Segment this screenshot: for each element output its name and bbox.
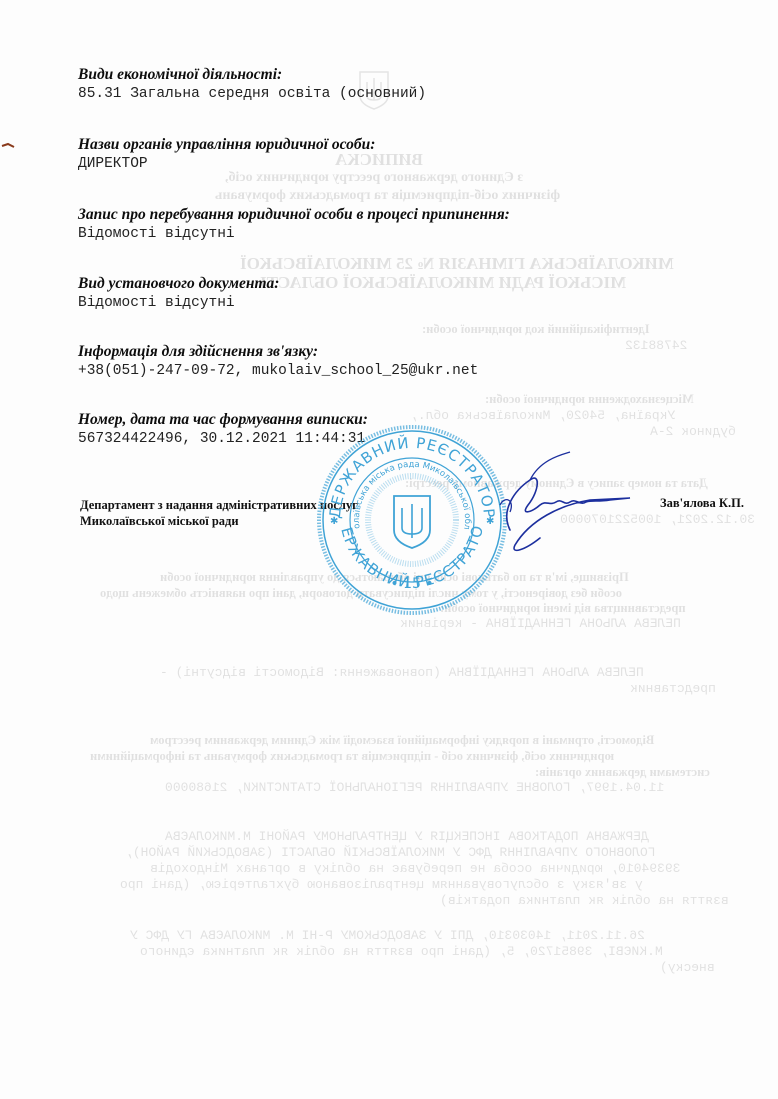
ghost-line: ПЕЛЕВА АЛЬОНА ГЕННАДІЇВНА (повноваження:… (160, 665, 644, 680)
ghost-line: представник (630, 681, 716, 696)
ghost-line: Місцезнаходження юридичної особи: (485, 392, 694, 407)
ghost-line: 11.04.1997, ГОЛОВНЕ УПРАВЛІННЯ РЕГІОНАЛЬ… (165, 780, 664, 795)
field-label: Інформація для здійснення зв'язку: (78, 343, 478, 361)
ghost-heading: фізичних осіб-підприємців та громадських… (215, 188, 560, 204)
ghost-line: юридичних осіб, фізичних осіб - підприєм… (90, 749, 614, 764)
ghost-name: МИКОЛАЇВСЬКА ГІМНАЗІЯ № 25 МИКОЛАЇВСЬКОЇ (240, 254, 674, 274)
field-value: Відомості відсутні (78, 294, 279, 312)
ghost-line: 24788132 (625, 338, 687, 353)
ghost-line: будинок 2-А (650, 424, 736, 439)
field-founding-document: Вид установчого документа: Відомості від… (78, 275, 279, 312)
field-governing-bodies: Назви органів управління юридичної особи… (78, 136, 375, 173)
field-termination-record: Запис про перебування юридичної особи в … (78, 206, 510, 243)
ghost-line: Ідентифікаційний код юридичної особи: (422, 322, 650, 337)
ghost-line: Відомості, отримані в порядку інформацій… (150, 733, 654, 748)
field-value: 85.31 Загальна середня освіта (основний) (78, 85, 426, 103)
field-contact-info: Інформація для здійснення зв'язку: +38(0… (78, 343, 478, 380)
field-label: Назви органів управління юридичної особи… (78, 136, 375, 154)
field-value: ДИРЕКТОР (78, 155, 375, 173)
field-value: +38(051)-247-09-72, mukolaiv_school_25@u… (78, 362, 478, 380)
ghost-line: взяття на облік як платника податків) (440, 893, 729, 908)
ghost-line: внеску) (660, 960, 715, 975)
ghost-line: ДЕРЖАВНА ПОДАТКОВА ІНСПЕКЦІЯ У ЦЕНТРАЛЬН… (165, 829, 649, 844)
field-economic-activity: Види економічної діяльності: 85.31 Загал… (78, 66, 426, 103)
ghost-line: 26.11.2011, 14030310, ДПІ У ЗАВОДСЬКОМУ … (130, 928, 645, 943)
margin-mark-icon (0, 140, 18, 150)
ghost-line: 39394010, юридична особа не перебуває на… (150, 861, 681, 876)
signer-name: Зав'ялова К.П. (660, 496, 744, 511)
signature-icon (470, 450, 670, 560)
ghost-line: у зв'язку з обслуговуванням централізова… (120, 877, 643, 892)
field-label: Запис про перебування юридичної особи в … (78, 206, 510, 224)
field-label: Види економічної діяльності: (78, 66, 426, 84)
ghost-line: системами державних органів: (535, 765, 710, 780)
field-value: Відомості відсутні (78, 225, 510, 243)
ghost-line: ГОЛОВНОГО УПРАВЛІННЯ ДФС У МИКОЛАЇВСЬКІЙ… (125, 845, 656, 860)
ghost-name: МІСЬКОЇ РАДИ МИКОЛАЇВСЬКОЇ ОБЛАСТІ (260, 273, 626, 293)
ghost-line: М.КИЄВІ, 39851720, 5, (дані про взяття н… (140, 944, 663, 959)
document-page: ВИПИСКА з Єдиного державного реєстру юри… (0, 0, 778, 1099)
svg-text:✱: ✱ (330, 516, 338, 527)
field-label: Вид установчого документа: (78, 275, 279, 293)
svg-text:• 15 •: • 15 • (390, 576, 433, 592)
